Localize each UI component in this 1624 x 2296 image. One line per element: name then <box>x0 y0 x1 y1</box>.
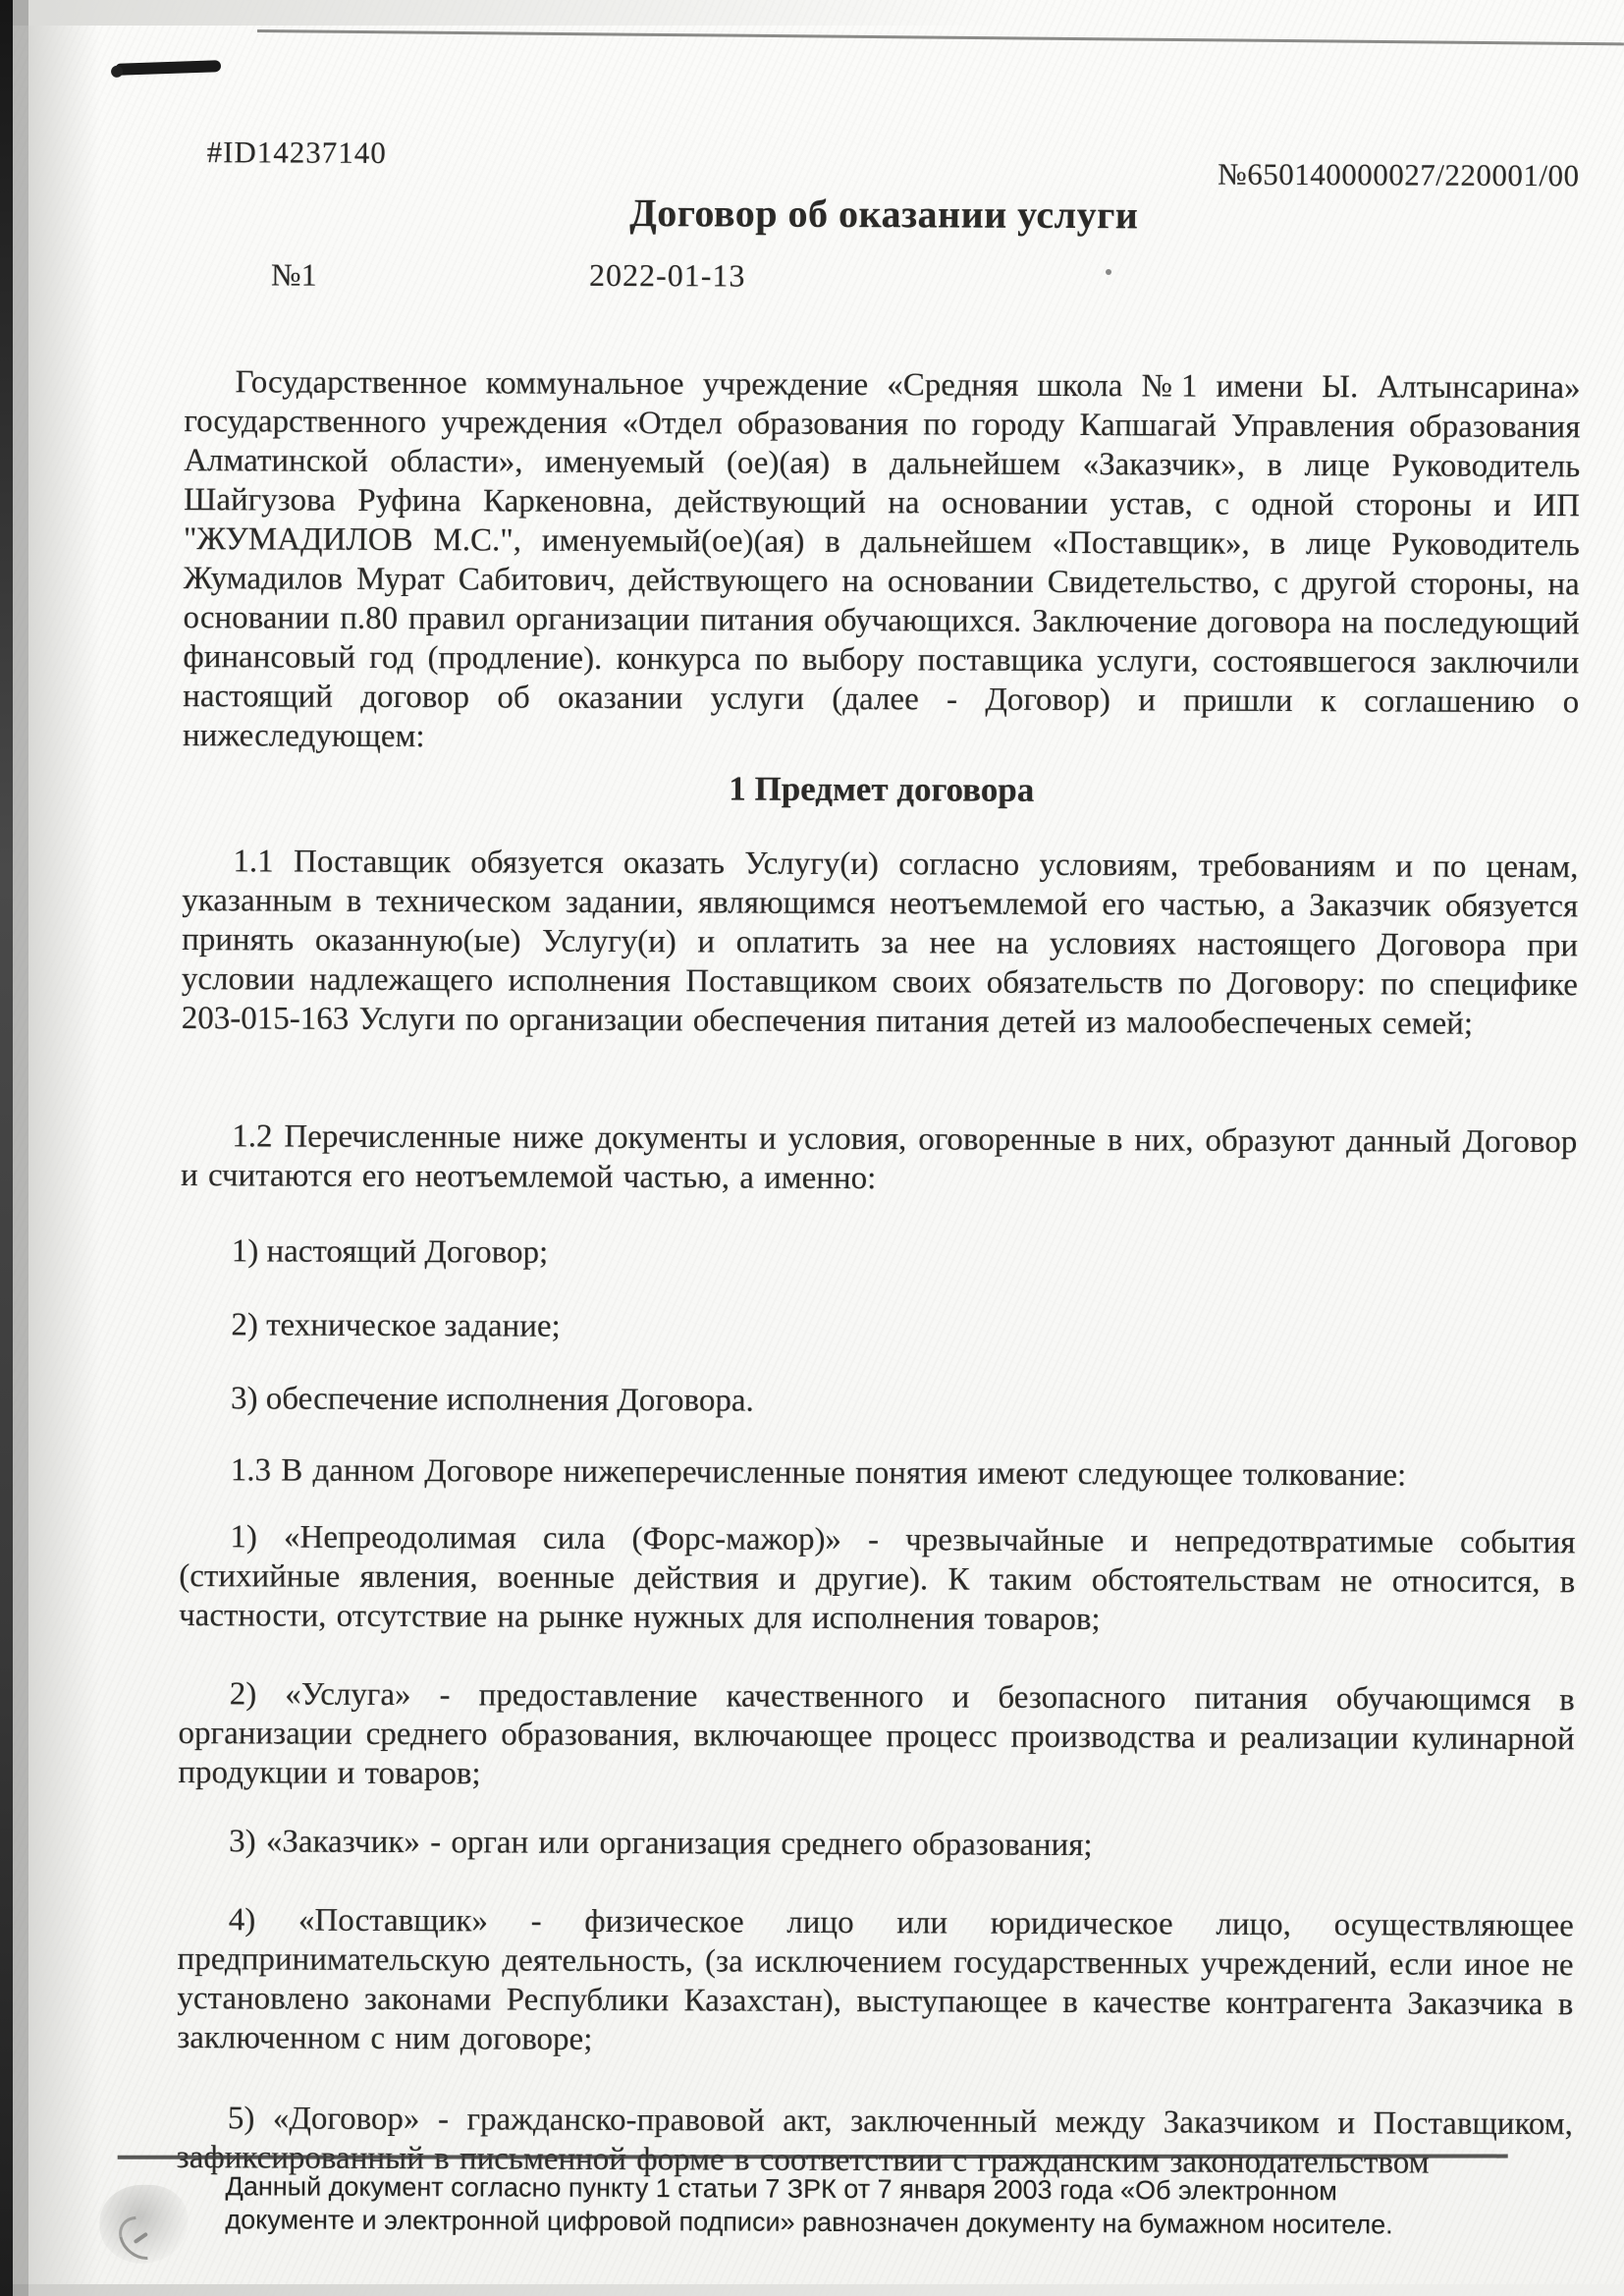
clause-1-2: 1.2 Перечисленные ниже документы и услов… <box>181 1117 1577 1201</box>
scanned-contract-page: { "page": { "doc_id": "#ID14237140", "do… <box>0 0 1624 2296</box>
definition-item: 4) «Поставщик» - физическое лицо или юри… <box>177 1900 1574 2063</box>
definition-item: 2) «Услуга» - предоставление качественно… <box>178 1674 1575 1798</box>
page-background: #ID14237140 №650140000027/220001/00 Дого… <box>0 0 1624 2296</box>
digital-signature-footnote: Данный документ согласно пункту 1 статьи… <box>225 2169 1470 2242</box>
section-1-heading: 1 Предмет договора <box>185 767 1579 812</box>
stamp-fragment <box>99 2185 188 2264</box>
document-content: #ID14237140 №650140000027/220001/00 Дого… <box>0 0 1624 2296</box>
definition-item: 1) «Непреодолимая сила (Форс-мажор)» - ч… <box>179 1517 1576 1641</box>
contract-document-item: 1) настоящий Договор; <box>181 1231 1577 1277</box>
document-id: #ID14237140 <box>207 135 387 171</box>
definition-item: 3) «Заказчик» - орган или организация ср… <box>178 1822 1574 1867</box>
document-number: №650140000027/220001/00 <box>1218 157 1579 194</box>
contract-document-item: 3) обеспечение исполнения Договора. <box>180 1379 1576 1424</box>
contract-number: №1 <box>271 256 317 293</box>
intro-paragraph: Государственное коммунальное учреждение … <box>183 362 1581 761</box>
contract-date: 2022-01-13 <box>589 257 745 295</box>
contract-document-item: 2) техническое задание; <box>180 1305 1576 1350</box>
document-title: Договор об оказании услуги <box>187 188 1581 240</box>
clause-1-1: 1.1 Поставщик обязуется оказать Услугу(и… <box>182 842 1579 1044</box>
clause-1-3: 1.3 В данном Договоре нижеперечисленные … <box>180 1450 1576 1496</box>
